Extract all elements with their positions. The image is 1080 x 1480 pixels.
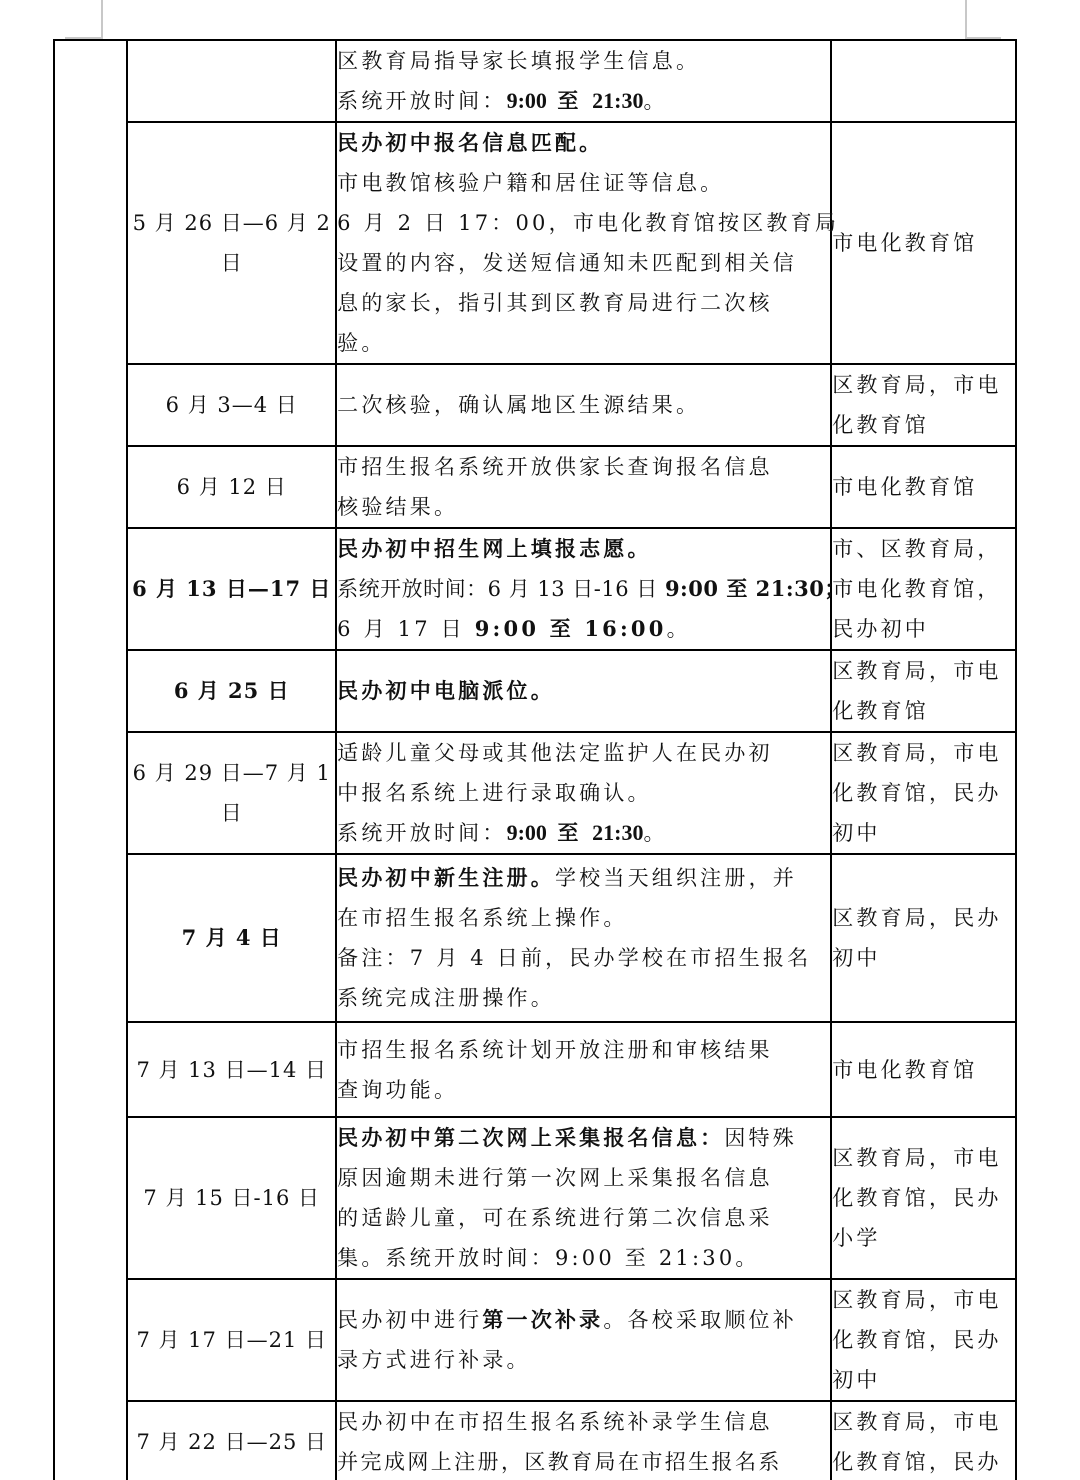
responsible-text: 区教育局，市电: [832, 733, 1015, 773]
responsible-text: 区教育局，市电: [832, 651, 1015, 691]
content-line: 录方式进行补录。: [337, 1340, 830, 1380]
responsible-cell: 区教育局，市电 化教育馆，民办: [831, 1401, 1016, 1480]
content-line: 的适龄儿童，可在系统进行第二次信息采: [337, 1198, 830, 1238]
responsible-text: 市、区教育局，: [832, 529, 1015, 569]
content-heading: 民办初中招生网上填报志愿。: [337, 529, 830, 569]
content-line: 原因逾期未进行第一次网上采集报名信息: [337, 1158, 830, 1198]
content-line: 验。: [337, 323, 830, 363]
table-row: 6 月 29 日—7 月 1 日 适龄儿童父母或其他法定监护人在民办初 中报名系…: [54, 732, 1016, 854]
table-row: 区教育局指导家长填报学生信息。 系统开放时间：9:00 至 21:30。: [54, 40, 1016, 122]
responsible-text: 区教育局，市电: [832, 1402, 1015, 1442]
content-line: 集。系统开放时间：9:00 至 21:30。: [337, 1238, 830, 1278]
table-row: 7 月 13 日—14 日 市招生报名系统计划开放注册和审核结果 查询功能。 市…: [54, 1022, 1016, 1117]
responsible-text: 化教育馆，民办: [832, 1442, 1015, 1480]
responsible-text: 区教育局，市电: [832, 365, 1015, 405]
content-line: 中报名系统上进行录取确认。: [337, 773, 830, 813]
responsible-text: 化教育馆，民办: [832, 1320, 1015, 1360]
responsible-cell: 区教育局，市电 化教育馆: [831, 364, 1016, 446]
content-cell: 民办初中报名信息匹配。 市电教馆核验户籍和居住证等信息。 6 月 2 日 17：…: [336, 122, 831, 364]
content-line: 民办初中新生注册。学校当天组织注册，并: [337, 858, 830, 898]
content-line: 市电教馆核验户籍和居住证等信息。: [337, 163, 830, 203]
content-cell: 民办初中进行第一次补录。各校采取顺位补 录方式进行补录。: [336, 1279, 831, 1401]
responsible-cell: 区教育局，市电 化教育馆，民办 小学: [831, 1117, 1016, 1279]
responsible-cell: 区教育局，市电 化教育馆: [831, 650, 1016, 732]
content-cell: 市招生报名系统计划开放注册和审核结果 查询功能。: [336, 1022, 831, 1117]
responsible-text: 化教育馆: [832, 405, 1015, 445]
content-cell: 民办初中第二次网上采集报名信息：因特殊 原因逾期未进行第一次网上采集报名信息 的…: [336, 1117, 831, 1279]
date-text: 5 月 26 日—6 月 2: [128, 203, 335, 243]
date-cell: 7 月 17 日—21 日: [127, 1279, 336, 1401]
responsible-text: 市电化教育馆，: [832, 569, 1015, 609]
crop-mark-left: [101, 0, 103, 38]
responsible-text: 区教育局，市电: [832, 1138, 1015, 1178]
content-line: 备注：7 月 4 日前，民办学校在市招生报名: [337, 938, 830, 978]
responsible-cell: 市电化教育馆: [831, 1022, 1016, 1117]
table-row: 6 月 12 日 市招生报名系统开放供家长查询报名信息 核验结果。 市电化教育馆: [54, 446, 1016, 528]
content-cell: 适龄儿童父母或其他法定监护人在民办初 中报名系统上进行录取确认。 系统开放时间：…: [336, 732, 831, 854]
responsible-text: 区教育局，民办: [832, 898, 1015, 938]
content-line: 系统开放时间：9:00 至 21:30。: [337, 81, 830, 121]
responsible-cell: 市电化教育馆: [831, 122, 1016, 364]
date-cell: 6 月 13 日—17 日: [127, 528, 336, 650]
crop-mark-right: [965, 0, 967, 38]
content-cell: 民办初中招生网上填报志愿。 系统开放时间：6 月 13 日-16 日 9:00 …: [336, 528, 831, 650]
responsible-cell: 区教育局，市电 化教育馆，民办 初中: [831, 732, 1016, 854]
content-line: 民办初中进行第一次补录。各校采取顺位补: [337, 1300, 830, 1340]
date-text: 6 月 29 日—7 月 1: [128, 753, 335, 793]
content-cell: 民办初中新生注册。学校当天组织注册，并 在市招生报名系统上操作。 备注：7 月 …: [336, 854, 831, 1022]
responsible-text: 化教育馆，民办: [832, 1178, 1015, 1218]
table-row: 7 月 22 日—25 日 民办初中在市招生报名系统补录学生信息 并完成网上注册…: [54, 1401, 1016, 1480]
date-cell: 6 月 12 日: [127, 446, 336, 528]
date-cell: 7 月 15 日-16 日: [127, 1117, 336, 1279]
table-row: 6 月 25 日 民办初中电脑派位。 区教育局，市电 化教育馆: [54, 650, 1016, 732]
content-line: 区教育局指导家长填报学生信息。: [337, 41, 830, 81]
content-cell: 市招生报名系统开放供家长查询报名信息 核验结果。: [336, 446, 831, 528]
content-line: 民办初中第二次网上采集报名信息：因特殊: [337, 1118, 830, 1158]
content-cell: 民办初中电脑派位。: [336, 650, 831, 732]
responsible-text: 初中: [832, 938, 1015, 978]
table-row: 6 月 3—4 日 二次核验，确认属地区生源结果。 区教育局，市电 化教育馆: [54, 364, 1016, 446]
date-cell: 6 月 3—4 日: [127, 364, 336, 446]
content-line: 系统开放时间：9:00 至 21:30。: [337, 813, 830, 853]
content-heading: 民办初中报名信息匹配。: [337, 123, 830, 163]
content-line: 设置的内容，发送短信通知未匹配到相关信: [337, 243, 830, 283]
responsible-cell: 市电化教育馆: [831, 446, 1016, 528]
responsible-cell: 区教育局，市电 化教育馆，民办 初中: [831, 1279, 1016, 1401]
content-line: 息的家长，指引其到区教育局进行二次核: [337, 283, 830, 323]
table-row: 6 月 13 日—17 日 民办初中招生网上填报志愿。 系统开放时间：6 月 1…: [54, 528, 1016, 650]
content-line: 系统完成注册操作。: [337, 978, 830, 1018]
content-line: 在市招生报名系统上操作。: [337, 898, 830, 938]
responsible-cell: [831, 40, 1016, 122]
responsible-text: 民办初中: [832, 609, 1015, 649]
date-cell: 6 月 25 日: [127, 650, 336, 732]
date-cell: 7 月 13 日—14 日: [127, 1022, 336, 1117]
content-line: 系统开放时间：6 月 13 日-16 日 9:00 至 21:30；: [337, 569, 830, 609]
content-cell: 二次核验，确认属地区生源结果。: [336, 364, 831, 446]
date-cell: 6 月 29 日—7 月 1 日: [127, 732, 336, 854]
responsible-text: 区教育局，市电: [832, 1280, 1015, 1320]
content-line: 6 月 2 日 17：00，市电化教育馆按区教育局: [337, 203, 830, 243]
category-cell: [54, 40, 127, 1480]
responsible-text: 化教育馆，民办: [832, 773, 1015, 813]
content-line: 并完成网上注册，区教育局在市招生报名系: [337, 1442, 830, 1480]
table-row: 7 月 4 日 民办初中新生注册。学校当天组织注册，并 在市招生报名系统上操作。…: [54, 854, 1016, 1022]
responsible-cell: 区教育局，民办 初中: [831, 854, 1016, 1022]
responsible-cell: 市、区教育局， 市电化教育馆， 民办初中: [831, 528, 1016, 650]
table-row: 7 月 15 日-16 日 民办初中第二次网上采集报名信息：因特殊 原因逾期未进…: [54, 1117, 1016, 1279]
table-row: 5 月 26 日—6 月 2 日 民办初中报名信息匹配。 市电教馆核验户籍和居住…: [54, 122, 1016, 364]
date-text: 日: [128, 793, 335, 833]
date-text: 日: [128, 243, 335, 283]
date-cell: [127, 40, 336, 122]
content-line: 适龄儿童父母或其他法定监护人在民办初: [337, 733, 830, 773]
table-row: 7 月 17 日—21 日 民办初中进行第一次补录。各校采取顺位补 录方式进行补…: [54, 1279, 1016, 1401]
responsible-text: 市电化教育馆: [832, 223, 1015, 263]
content-cell: 区教育局指导家长填报学生信息。 系统开放时间：9:00 至 21:30。: [336, 40, 831, 122]
content-line: 民办初中在市招生报名系统补录学生信息: [337, 1402, 830, 1442]
responsible-text: 初中: [832, 813, 1015, 853]
content-line: 核验结果。: [337, 487, 830, 527]
responsible-text: 小学: [832, 1218, 1015, 1258]
content-line: 市招生报名系统开放供家长查询报名信息: [337, 447, 830, 487]
schedule-table: 区教育局指导家长填报学生信息。 系统开放时间：9:00 至 21:30。 5 月…: [53, 39, 1017, 1480]
content-line: 市招生报名系统计划开放注册和审核结果: [337, 1030, 830, 1070]
responsible-text: 初中: [832, 1360, 1015, 1400]
date-cell: 7 月 22 日—25 日: [127, 1401, 336, 1480]
date-cell: 5 月 26 日—6 月 2 日: [127, 122, 336, 364]
date-cell: 7 月 4 日: [127, 854, 336, 1022]
responsible-text: 化教育馆: [832, 691, 1015, 731]
content-line: 6 月 17 日 9:00 至 16:00。: [337, 609, 830, 649]
content-cell: 民办初中在市招生报名系统补录学生信息 并完成网上注册，区教育局在市招生报名系: [336, 1401, 831, 1480]
content-line: 查询功能。: [337, 1070, 830, 1110]
